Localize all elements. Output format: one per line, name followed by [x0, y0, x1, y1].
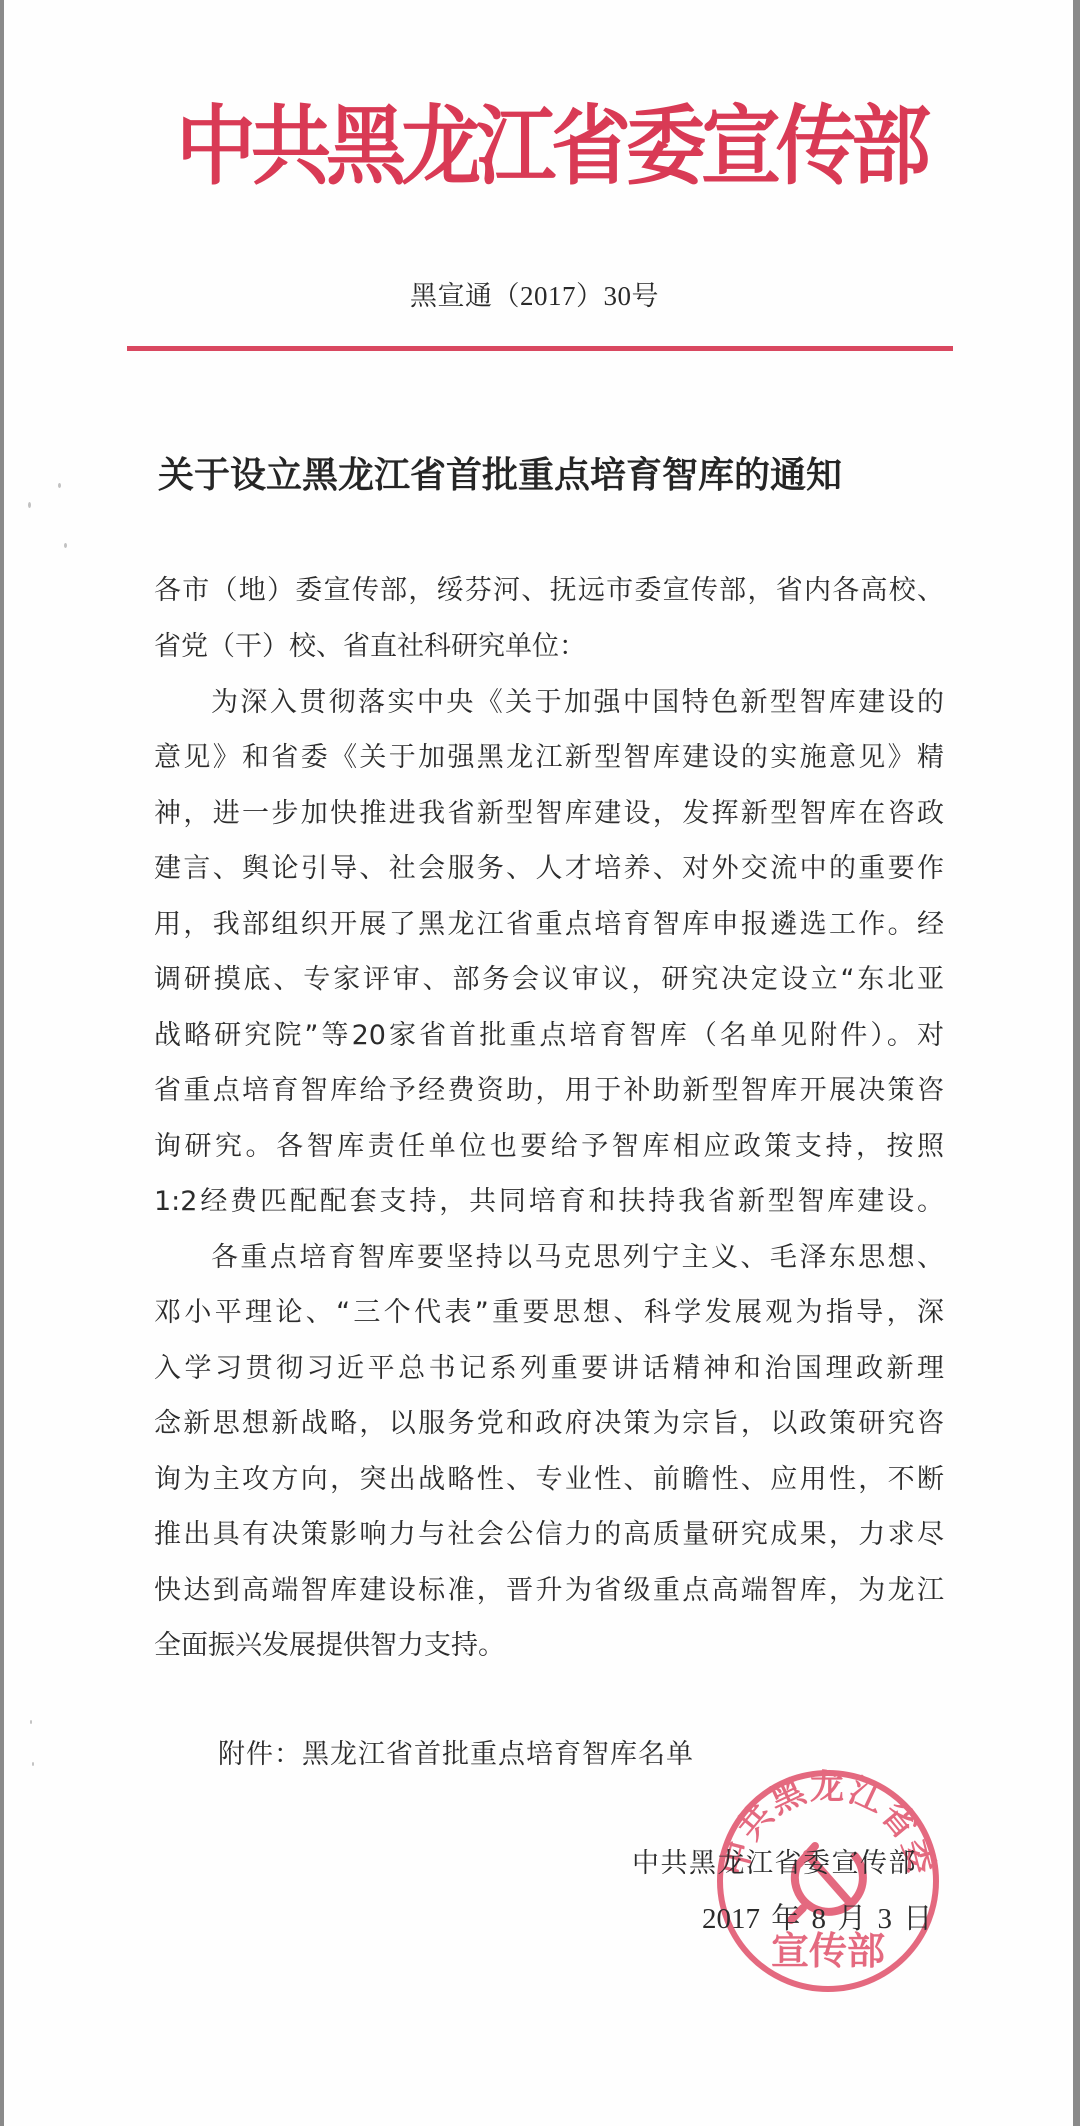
paragraph-2-line: 入学习贯彻习近平总书记系列重要讲话精神和治国理政新理	[154, 1349, 944, 1389]
document-number: 黑宣通（2017）30号	[410, 278, 659, 314]
paragraph-2-line: 快达到高端智库建设标准，晋升为省级重点高端智库，为龙江	[154, 1571, 944, 1611]
paragraph-1-line: 建言、舆论引导、社会服务、人才培养、对外交流中的重要作	[154, 849, 944, 889]
paragraph-2-line: 邓小平理论、“三个代表”重要思想、科学发展观为指导，深	[154, 1293, 944, 1333]
paragraph-2-line: 推出具有决策影响力与社会公信力的高质量研究成果，力求尽	[154, 1515, 944, 1555]
paragraph-1-line: 省重点培育智库给予经费资助，用于补助新型智库开展决策咨	[154, 1071, 944, 1111]
paragraph-1-line: 调研摸底、专家评审、部务会议审议，研究决定设立“东北亚	[154, 960, 944, 1000]
scan-speck	[58, 483, 61, 488]
paragraph-1-line: 1:2经费匹配配套支持，共同培育和扶持我省新型智库建设。	[154, 1182, 944, 1222]
attachment-note: 附件：黑龙江省首批重点培育智库名单	[218, 1735, 694, 1775]
paragraph-1-line: 战略研究院”等20家省首批重点培育智库（名单见附件）。对	[154, 1016, 944, 1056]
paragraph-1-line: 为深入贯彻落实中央《关于加强中国特色新型智库建设的	[211, 683, 944, 723]
document-page: 中共黑龙江省委宣传部 黑宣通（2017）30号 关于设立黑龙江省首批重点培育智库…	[4, 0, 1073, 2126]
notice-title: 关于设立黑龙江省首批重点培育智库的通知	[158, 450, 948, 500]
paragraph-2-line: 询为主攻方向，突出战略性、专业性、前瞻性、应用性，不断	[154, 1460, 944, 1500]
paragraph-1-line: 意见》和省委《关于加强黑龙江新型智库建设的实施意见》精	[154, 738, 944, 778]
signature-date: 2017 年 8 月 3 日	[702, 1899, 932, 1939]
paragraph-1-line: 神，进一步加快推进我省新型智库建设，发挥新型智库在咨政	[154, 794, 944, 834]
scan-speck	[32, 1762, 34, 1766]
scan-speck	[28, 502, 31, 508]
signature-organization: 中共黑龙江省委宣传部	[632, 1844, 917, 1884]
paragraph-2-line: 全面振兴发展提供智力支持。	[154, 1626, 944, 1666]
scan-speck	[30, 1720, 32, 1724]
paragraph-1-line: 用，我部组织开展了黑龙江省重点培育智库申报遴选工作。经	[154, 905, 944, 945]
paragraph-2-line: 念新思想新战略，以服务党和政府决策为宗旨，以政策研究咨	[154, 1404, 944, 1444]
addressee-line: 各市（地）委宣传部，绥芬河、抚远市委宣传部，省内各高校、	[154, 571, 944, 611]
masthead-title: 中共黑龙江省委宣传部	[176, 92, 916, 200]
red-divider-rule	[127, 346, 953, 351]
paragraph-2-line: 各重点培育智库要坚持以马克思列宁主义、毛泽东思想、	[211, 1238, 944, 1278]
scan-speck	[64, 543, 67, 548]
addressee-line: 省党（干）校、省直社科研究单位：	[154, 627, 944, 667]
paragraph-1-line: 询研究。各智库责任单位也要给予智库相应政策支持，按照	[154, 1127, 944, 1167]
